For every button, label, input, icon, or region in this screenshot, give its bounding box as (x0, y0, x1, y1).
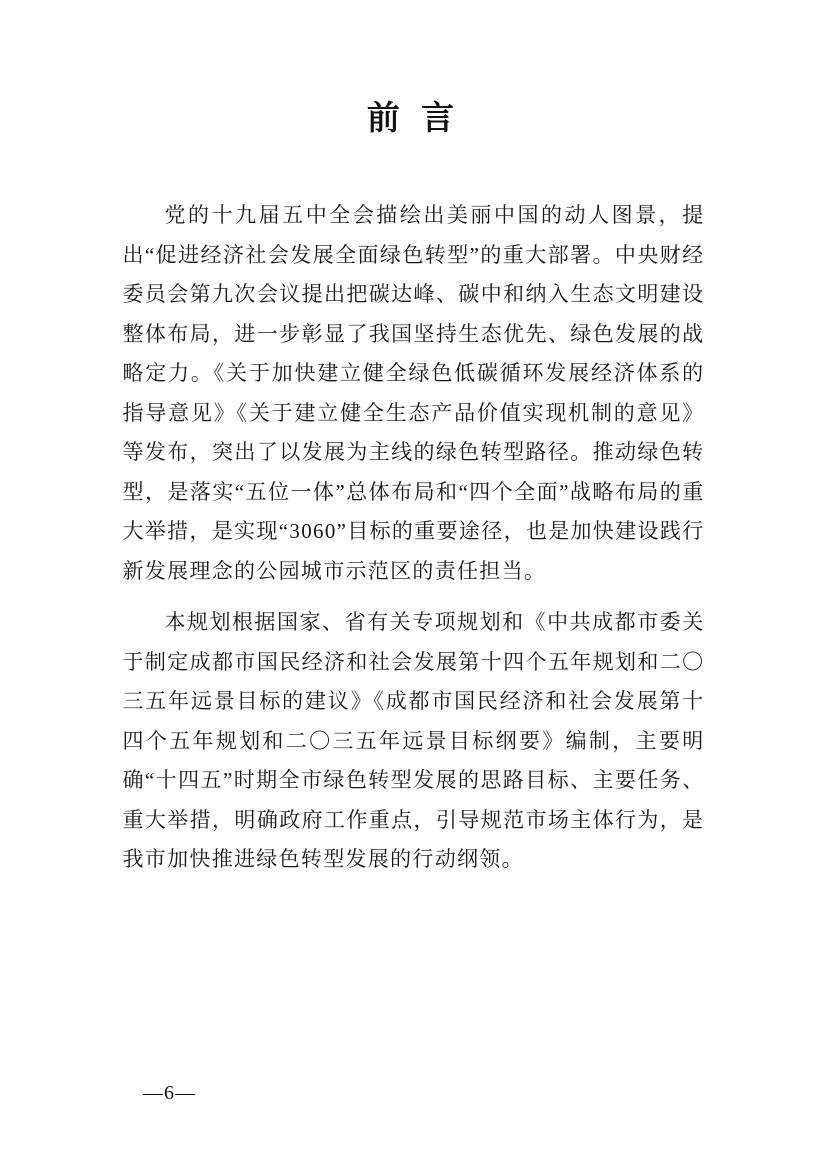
page-title: 前 言 (0, 96, 827, 140)
preface-body: 党的十九届五中全会描绘出美丽中国的动人图景，提出“促进经济社会发展全面绿色转型”… (123, 196, 705, 880)
paragraph-2: 本规划根据国家、省有关专项规划和《中共成都市委关于制定成都市国民经济和社会发展第… (123, 603, 705, 880)
document-page: 前 言 党的十九届五中全会描绘出美丽中国的动人图景，提出“促进经济社会发展全面绿… (0, 0, 827, 1170)
page-number: —6— (143, 1082, 196, 1105)
paragraph-1: 党的十九届五中全会描绘出美丽中国的动人图景，提出“促进经济社会发展全面绿色转型”… (123, 196, 705, 591)
